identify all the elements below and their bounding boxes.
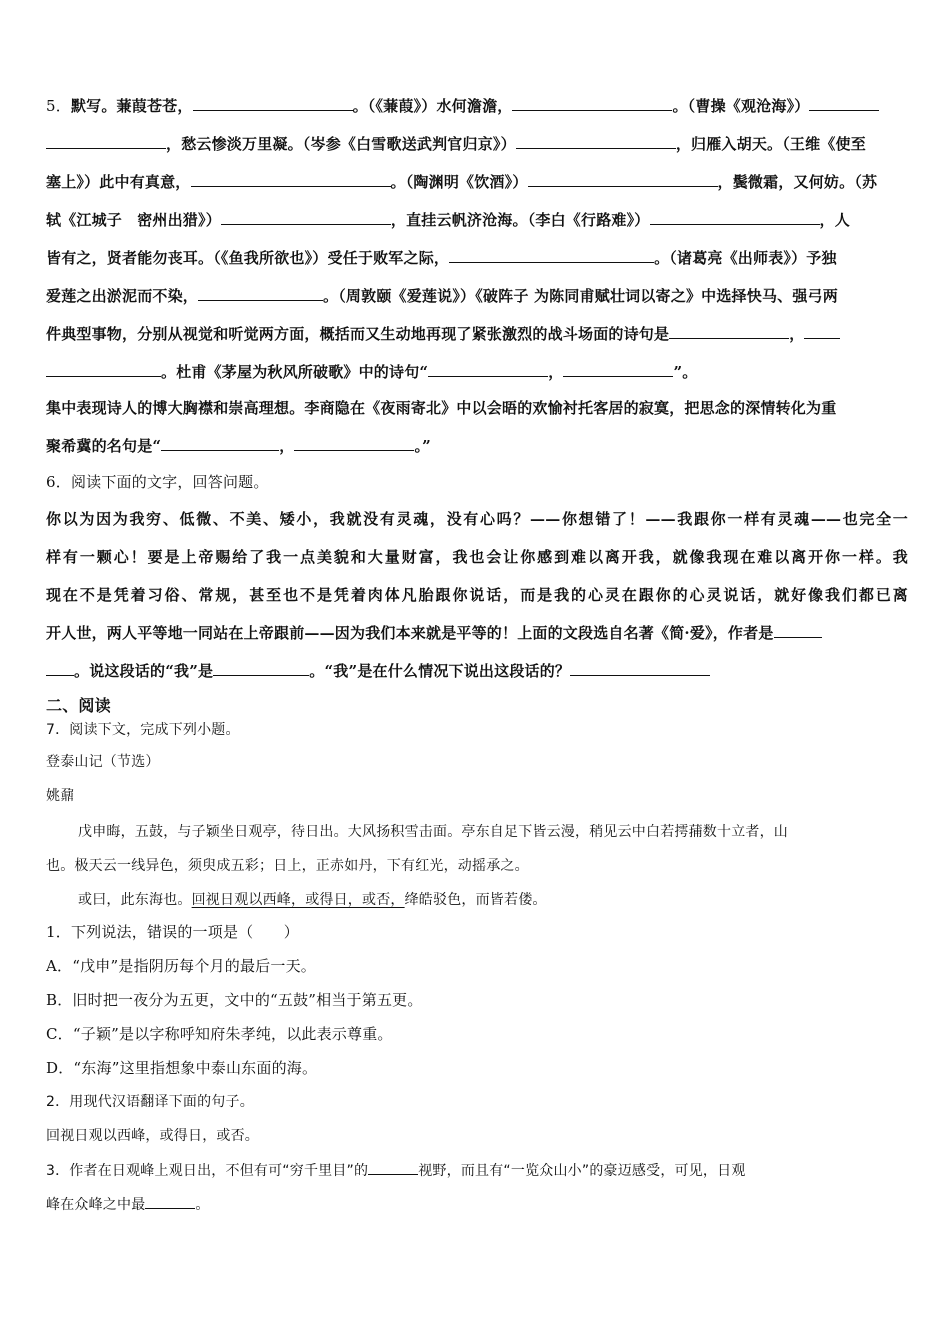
passage-paragraph-1-cont: 也。极天云一线异色，须臾成五彩；日上，正赤如丹，下有红光，动摇承之。 (46, 856, 908, 876)
underlined-sentence: 回视日观以西峰，或得日，或否， (192, 892, 405, 908)
answer-blank[interactable] (449, 248, 654, 263)
passage-line: 现在不是凭着习俗、常规，甚至也不是凭着肉体凡胎跟你说话，而是我的心灵在跟你的心灵… (46, 585, 908, 605)
dictation-text: 皆有之，贤者能勿丧耳。（《鱼我所欲也》）受任于败军之际， (46, 249, 449, 267)
sub-question-3-cont: 峰在众峰之中最。 (46, 1194, 908, 1215)
question-6-title: 6．阅读下面的文字，回答问题。 (46, 472, 908, 492)
answer-blank[interactable] (512, 96, 672, 111)
dictation-text: ， (548, 363, 563, 381)
dictation-line: 。杜甫《茅屋为秋风所破歌》中的诗句“，”。 (46, 362, 908, 382)
dictation-line: 轼《江城子 密州出猎》），直挂云帆济沧海。（李白《行路难》），人 (46, 210, 908, 230)
answer-blank[interactable] (221, 210, 391, 225)
option-c[interactable]: C．“子颖”是以字称呼知府朱孝纯，以此表示尊重。 (46, 1024, 908, 1044)
dictation-text: 。杜甫《茅屋为秋风所破歌》中的诗句“ (161, 363, 428, 381)
dictation-text: ， (279, 437, 294, 455)
dictation-text: 爱莲之出淤泥而不染， (46, 287, 198, 305)
answer-blank[interactable] (528, 172, 718, 187)
dictation-text: ，归雁入胡天。（王维《使至 (676, 135, 866, 153)
dictation-text: 。（诸葛亮《出师表》）予独 (654, 249, 837, 267)
sub-question-3: 3．作者在日观峰上观日出，不但有可“穷千里目”的视野，而且有“一览众山小”的豪迈… (46, 1160, 908, 1181)
question-6-prompt: 。说这段话的“我”是。“我”是在什么情况下说出这段话的？ (46, 661, 908, 681)
option-a[interactable]: A．“戊申”是指阴历每个月的最后一天。 (46, 956, 908, 976)
answer-blank[interactable] (650, 210, 820, 225)
dictation-line: 集中表现诗人的博大胸襟和崇高理想。李商隐在《夜雨寄北》中以会晤的欢愉衬托客居的寂… (46, 398, 908, 418)
dictation-line: 件典型事物，分别从视觉和听觉两方面，概括而又生动地再现了紧张激烈的战斗场面的诗句… (46, 324, 908, 344)
dictation-text: 。（陶渊明《饮酒》） (391, 173, 528, 191)
answer-blank[interactable] (161, 436, 279, 451)
dictation-text: 。（《蒹葭》）水何澹澹， (353, 97, 513, 115)
dictation-line: 爱莲之出淤泥而不染，。（周敦颐《爱莲说》）《破阵子 为陈同甫赋壮词以寄之》中选择… (46, 286, 908, 306)
answer-blank[interactable] (191, 172, 391, 187)
dictation-line: ，愁云惨淡万里凝。（岑参《白雪歌送武判官归京》），归雁入胡天。（王维《使至 (46, 134, 908, 154)
dictation-text: ，鬓微霜，又何妨。（苏 (718, 173, 878, 191)
text-title: 登泰山记（节选） (46, 752, 908, 772)
text-author: 姚鼐 (46, 786, 908, 806)
dictation-text: 。” (414, 437, 431, 455)
dictation-text: 塞上》）此中有真意， (46, 173, 191, 191)
answer-blank[interactable] (804, 324, 840, 339)
answer-blank-author-cont[interactable] (46, 661, 74, 676)
dictation-line: 5．默写。蒹葭苍苍，。（《蒹葭》）水何澹澹，。（曹操《观沧海》） (46, 96, 908, 116)
dictation-text: ，人 (820, 211, 850, 229)
answer-blank-highest[interactable] (145, 1194, 195, 1209)
translation-sentence: 回视日观以西峰，或得日，或否。 (46, 1126, 908, 1146)
dictation-text: ，直挂云帆济沧海。（李白《行路难》） (391, 211, 650, 229)
answer-blank-view[interactable] (368, 1160, 418, 1175)
passage-line: 你以为因为我穷、低微、不美、矮小，我就没有灵魂，没有心吗？——你想错了！——我跟… (46, 509, 908, 529)
answer-blank[interactable] (563, 362, 673, 377)
dictation-text: 。（周敦颐《爱莲说》）《破阵子 为陈同甫赋壮词以寄之》中选择快马、强弓两 (323, 287, 838, 305)
dictation-text: 聚希冀的名句是“ (46, 437, 161, 455)
option-d[interactable]: D．“东海”这里指想象中泰山东面的海。 (46, 1058, 908, 1078)
answer-blank[interactable] (46, 362, 161, 377)
section-heading: 二、阅读 (46, 696, 908, 716)
sub-question-1: 1．下列说法，错误的一项是（ ） (46, 922, 908, 942)
answer-blank[interactable] (294, 436, 414, 451)
dictation-line: 皆有之，贤者能勿丧耳。（《鱼我所欲也》）受任于败军之际，。（诸葛亮《出师表》）予… (46, 248, 908, 268)
dictation-text: 默写。蒹葭苍苍， (71, 97, 193, 115)
answer-blank-speaker[interactable] (213, 661, 309, 676)
dictation-text: 5． (46, 97, 71, 115)
passage-paragraph-1: 戊申晦，五鼓，与子颖坐日观亭，待日出。大风扬积雪击面。亭东自足下皆云漫，稍见云中… (46, 822, 908, 842)
answer-blank[interactable] (516, 134, 676, 149)
passage-paragraph-2: 或曰，此东海也。回视日观以西峰，或得日，或否，绛皓驳色，而皆若偻。 (46, 890, 940, 910)
answer-blank[interactable] (809, 96, 879, 111)
answer-blank[interactable] (669, 324, 789, 339)
passage-line: 样有一颗心！要是上帝赐给了我一点美貌和大量财富，我也会让你感到难以离开我，就像我… (46, 547, 908, 567)
dictation-text: 集中表现诗人的博大胸襟和崇高理想。李商隐在《夜雨寄北》中以会晤的欢愉衬托客居的寂… (46, 399, 836, 417)
dictation-text: ”。 (673, 363, 697, 381)
dictation-line: 聚希冀的名句是“，。” (46, 436, 908, 456)
answer-blank[interactable] (193, 96, 353, 111)
answer-blank-situation[interactable] (570, 661, 710, 676)
sub-question-2: 2．用现代汉语翻译下面的句子。 (46, 1092, 908, 1112)
dictation-text: ，愁云惨淡万里凝。（岑参《白雪歌送武判官归京》） (166, 135, 516, 153)
passage-line-with-blank: 开人世，两人平等地一同站在上帝跟前——因为我们本来就是平等的！上面的文段选自名著… (46, 623, 908, 643)
option-b[interactable]: B．旧时把一夜分为五更，文中的“五鼓”相当于第五更。 (46, 990, 908, 1010)
dictation-line: 塞上》）此中有真意，。（陶渊明《饮酒》），鬓微霜，又何妨。（苏 (46, 172, 908, 192)
answer-blank[interactable] (428, 362, 548, 377)
question-7-title: 7．阅读下文，完成下列小题。 (46, 720, 908, 740)
answer-blank[interactable] (46, 134, 166, 149)
answer-blank[interactable] (198, 286, 323, 301)
dictation-text: 轼《江城子 密州出猎》） (46, 211, 221, 229)
dictation-text: 件典型事物，分别从视觉和听觉两方面，概括而又生动地再现了紧张激烈的战斗场面的诗句… (46, 325, 669, 343)
answer-blank-author[interactable] (774, 623, 822, 638)
dictation-text: ， (789, 325, 804, 343)
dictation-text: 。（曹操《观沧海》） (672, 97, 809, 115)
